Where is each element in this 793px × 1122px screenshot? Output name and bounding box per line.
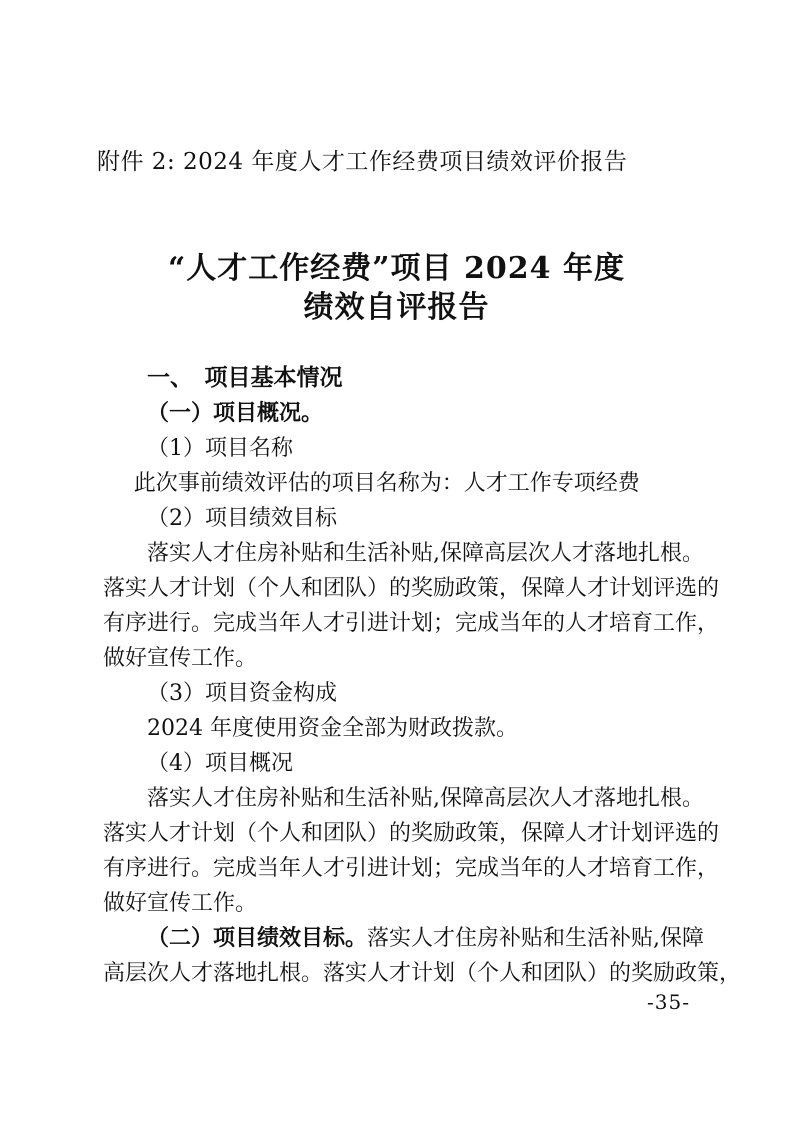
page-number: -35- (103, 991, 690, 1013)
body-line: 有序进行。完成当年人才引进计划；完成当年的人才培育工作， (103, 851, 703, 886)
body-line: 落实人才计划（个人和团队）的奖励政策，保障人才计划评选的 (103, 816, 703, 851)
body-line: 做好宣传工作。 (103, 886, 703, 921)
body-line: 落实人才计划（个人和团队）的奖励政策，保障人才计划评选的 (103, 571, 703, 606)
body-line: （2）项目绩效目标 (103, 501, 703, 536)
body-line: 高层次人才落地扎根。落实人才计划（个人和团队）的奖励政策， (103, 956, 703, 991)
attachment-header: 附件 2: 2024 年度人才工作经费项目绩效评价报告 (97, 147, 627, 177)
body-line: 2024 年度使用资金全部为财政拨款。 (103, 711, 703, 746)
body-line: （3）项目资金构成 (103, 676, 703, 711)
document-title-line1: “人才工作经费”项目 2024 年度 (103, 249, 690, 288)
body-line: 此次事前绩效评估的项目名称为：人才工作专项经费 (103, 466, 703, 501)
body-line: （1）项目名称 (103, 431, 703, 466)
body: 一、 项目基本情况（一）项目概况。（1）项目名称此次事前绩效评估的项目名称为：人… (103, 361, 703, 991)
body-line-bold-lead: （二）项目绩效目标。 (147, 925, 367, 951)
document-title-line2: 绩效自评报告 (103, 288, 690, 327)
body-line: 落实人才住房补贴和生活补贴,保障高层次人才落地扎根。 (103, 781, 703, 816)
body-line: 落实人才住房补贴和生活补贴,保障高层次人才落地扎根。 (103, 536, 703, 571)
body-line: （一）项目概况。 (103, 396, 703, 431)
document-title: “人才工作经费”项目 2024 年度 绩效自评报告 (103, 249, 690, 327)
body-line: （二）项目绩效目标。落实人才住房补贴和生活补贴,保障 (103, 921, 703, 956)
body-line: 一、 项目基本情况 (103, 361, 703, 396)
body-line: 做好宣传工作。 (103, 641, 703, 676)
body-line: （4）项目概况 (103, 746, 703, 781)
body-line: 有序进行。完成当年人才引进计划；完成当年的人才培育工作， (103, 606, 703, 641)
document-page: 附件 2: 2024 年度人才工作经费项目绩效评价报告 “人才工作经费”项目 2… (0, 0, 793, 1122)
